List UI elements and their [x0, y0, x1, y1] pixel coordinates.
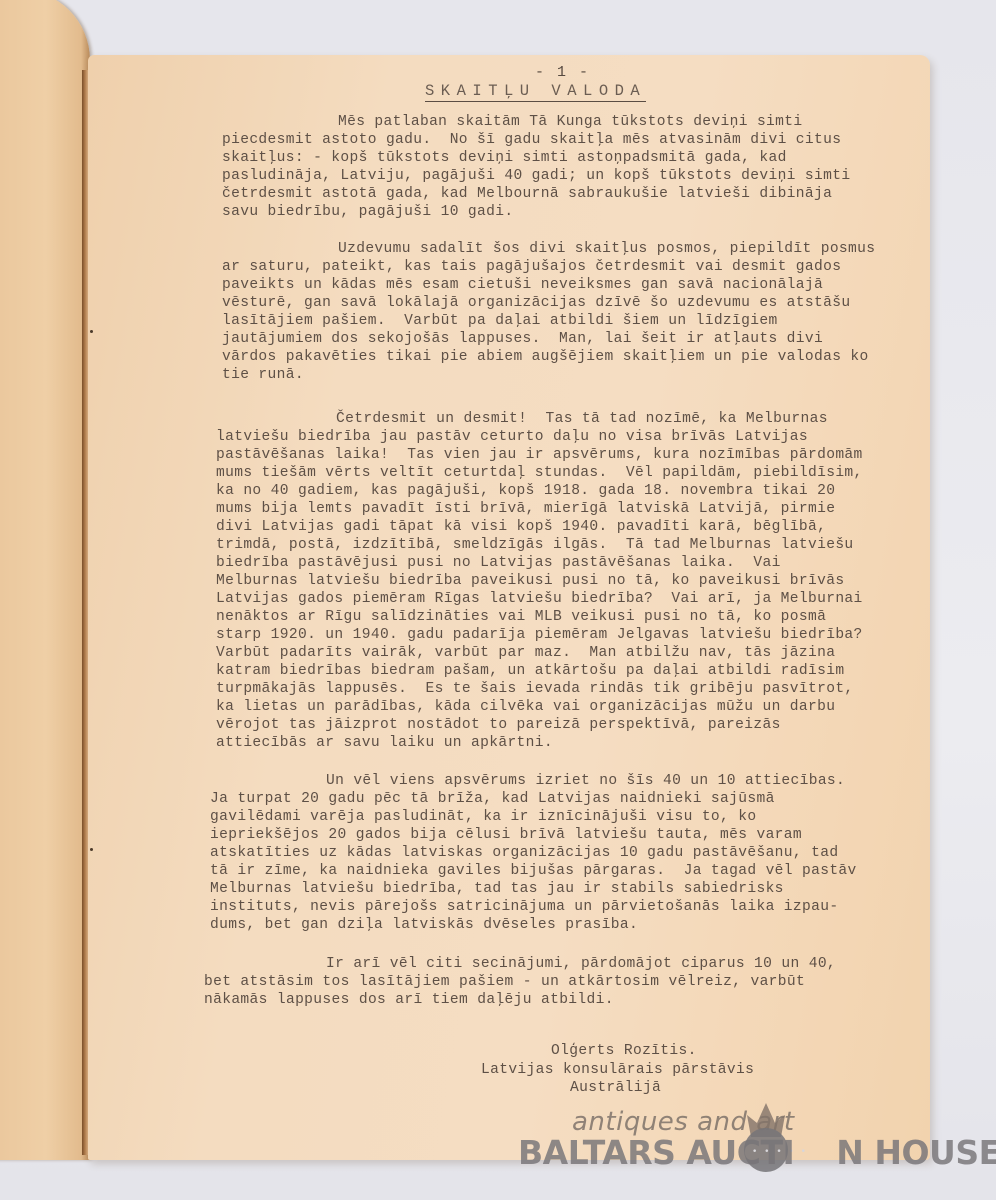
text-line: bet atstāsim tos lasītājiem pašiem - un …	[204, 973, 805, 991]
text-line: mums bija lemts pavadīt īsti brīvā, mier…	[216, 500, 835, 518]
text-line: savu biedrību, pagājuši 10 gadi.	[222, 203, 513, 221]
text-line: Latvijas gados piemēram Rīgas latviešu b…	[216, 590, 863, 608]
text-line: gavilēdami varēja pasludināt, ka ir iznī…	[210, 808, 756, 826]
binding-stitch	[90, 330, 93, 333]
text-line: Ja turpat 20 gadu pēc tā brīža, kad Latv…	[210, 790, 775, 808]
text-line: piecdesmit astoto gadu. No šī gadu skait…	[222, 131, 841, 149]
text-line: ka no 40 gadiem, kas pagājuši, kopš 1918…	[216, 482, 835, 500]
text-line: divi Latvijas gadi tāpat kā visi kopš 19…	[216, 518, 826, 536]
signature-country: Austrālijā	[570, 1080, 661, 1096]
text-line: vērojot tas jāizprot nostādot to pareizā…	[216, 716, 781, 734]
text-line: vēsturē, gan savā lokālajā organizācijas…	[222, 294, 850, 312]
text-line: iepriekšējos 20 gados bija cēlusi brīvā …	[210, 826, 802, 844]
watermark-brand: BALTARS AUCTIN HOUSE	[518, 1133, 996, 1172]
text-line: nākamās lappuses dos arī tiem daļēju atb…	[204, 991, 614, 1009]
watermark-brand-part2: N HOUSE	[836, 1133, 996, 1172]
binding-stitch	[90, 848, 93, 851]
signature-name: Olģerts Rozītis.	[551, 1043, 697, 1059]
text-line: trimdā, postā, izdzītībā, smeldzīgās ilg…	[216, 536, 854, 554]
watermark-brand-part1: BALTARS AUCTI	[518, 1133, 794, 1172]
text-line: katram biedrības biedram pašam, un atkār…	[216, 662, 844, 680]
text-line: ka lietas un parādības, kāda cilvēka vai…	[216, 698, 835, 716]
text-line: Uzdevumu sadalīt šos divi skaitļus posmo…	[338, 240, 875, 258]
text-line: lasītājiem pašiem. Varbūt pa daļai atbil…	[222, 312, 778, 330]
text-line: latviešu biedrība jau pastāv ceturto daļ…	[216, 428, 808, 446]
text-line: tā ir zīme, ka naidnieka gaviles bijušas…	[210, 862, 857, 880]
text-line: Varbūt padarīts vairāk, varbūt par maz. …	[216, 644, 835, 662]
text-line: dums, bet gan dziļa latviskās dvēseles p…	[210, 916, 638, 934]
text-line: atskatīties uz kādas latviskas organizāc…	[210, 844, 838, 862]
text-line: turpmākajās lappusēs. Es te šais ievada …	[216, 680, 854, 698]
text-line: nenāktos ar Rīgu salīdzināties vai MLB v…	[216, 608, 826, 626]
document-title: SKAITĻU VALODA	[425, 82, 646, 102]
text-line: vārdos pakavēties tikai pie abiem augšēj…	[222, 348, 869, 366]
text-line: Melburnas latviešu biedrība, tad tas jau…	[210, 880, 784, 898]
text-line: ar saturu, pateikt, kas tais pagājušajos…	[222, 258, 841, 276]
text-line: Ir arī vēl citi secinājumi, pārdomājot c…	[326, 955, 836, 973]
text-line: jautājumiem dos sekojošās lappuses. Man,…	[222, 330, 823, 348]
page-number: - 1 -	[535, 64, 590, 81]
text-line: pastāvēšanas laika! Tas vien jau ir apsv…	[216, 446, 863, 464]
text-line: paveikts un kādas mēs esam cietuši nevei…	[222, 276, 823, 294]
text-line: tie runā.	[222, 366, 304, 384]
text-line: četrdesmit astotā gada, kad Melbournā sa…	[222, 185, 832, 203]
text-line: mums tiešām vērts veltīt ceturtdaļ stund…	[216, 464, 863, 482]
text-line: attiecībās ar savu laiku un apkārtni.	[216, 734, 553, 752]
text-line: biedrība pastāvējusi pusi no Latvijas pa…	[216, 554, 781, 572]
text-line: skaitļus: - kopš tūkstots deviņi simti a…	[222, 149, 787, 167]
text-line: instituts, nevis pārejošs satricinājuma …	[210, 898, 838, 916]
text-line: Un vēl viens apsvērums izriet no šīs 40 …	[326, 772, 845, 790]
text-line: pasludināja, Latviju, pagājuši 40 gadi; …	[222, 167, 850, 185]
left-facing-page	[0, 0, 90, 1160]
text-line: Melburnas latviešu biedrība paveikusi pu…	[216, 572, 844, 590]
text-line: Mēs patlaban skaitām Tā Kunga tūkstots d…	[338, 113, 803, 131]
text-line: starp 1920. un 1940. gadu padarīja piemē…	[216, 626, 863, 644]
signature-position: Latvijas konsulārais pārstāvis	[481, 1062, 754, 1078]
text-line: Četrdesmit un desmit! Tas tā tad nozīmē,…	[336, 410, 828, 428]
